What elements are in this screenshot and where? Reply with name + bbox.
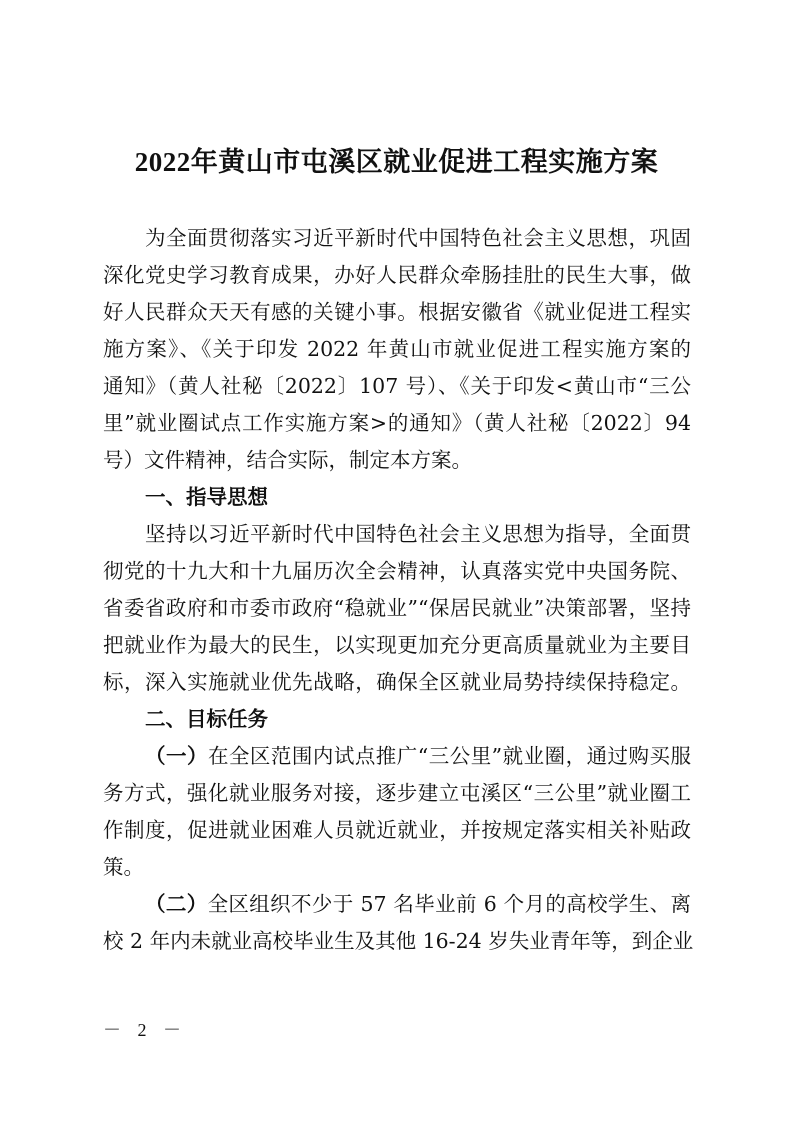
paragraph-line: 策。: [103, 849, 691, 886]
paragraph-line: 校 2 年内未就业高校毕业生及其他 16-24 岁失业青年等，到企业: [103, 923, 691, 960]
paragraph-line: 省委省政府和市委市政府“稳就业”“保居民就业”决策部署，坚持: [103, 590, 691, 627]
section-heading-guiding-ideology: 一、指导思想: [103, 479, 691, 516]
paragraph-line: 号）文件精神，结合实际，制定本方案。: [103, 442, 691, 479]
paragraph-line: 彻党的十九大和十九届历次全会精神，认真落实党中央国务院、: [103, 553, 691, 590]
paragraph-line: （二）全区组织不少于 57 名毕业前 6 个月的高校学生、离: [103, 886, 691, 923]
paragraph-line: 施方案》、《关于印发 2022 年黄山市就业促进工程实施方案的: [103, 331, 691, 368]
item-label: （一）: [145, 744, 208, 768]
paragraph-line: 深化党史学习教育成果，办好人民群众牵肠挂肚的民生大事，做: [103, 257, 691, 294]
paragraph-line: 把就业作为最大的民生，以实现更加充分更高质量就业为主要目: [103, 627, 691, 664]
paragraph-line: 标，深入实施就业优先战略，确保全区就业局势持续保持稳定。: [103, 664, 691, 701]
paragraph-line: 作制度，促进就业困难人员就近就业，并按规定落实相关补贴政: [103, 812, 691, 849]
paragraph-line: 好人民群众天天有感的关键小事。根据安徽省《就业促进工程实: [103, 294, 691, 331]
page-title: 2022年黄山市屯溪区就业促进工程实施方案: [0, 140, 793, 179]
paragraph-line: 坚持以习近平新时代中国特色社会主义思想为指导，全面贯: [103, 516, 691, 553]
paragraph-line: 通知》（黄人社秘〔2022〕107 号）、《关于印发<黄山市“三公: [103, 368, 691, 405]
document-body: 为全面贯彻落实习近平新时代中国特色社会主义思想，巩固 深化党史学习教育成果，办好…: [103, 220, 691, 960]
paragraph-line: 里”就业圈试点工作实施方案>的通知》（黄人社秘〔2022〕94: [103, 405, 691, 442]
paragraph-line: （一）在全区范围内试点推广“三公里”就业圈，通过购买服: [103, 738, 691, 775]
paragraph-line: 务方式，强化就业服务对接，逐步建立屯溪区“三公里”就业圈工: [103, 775, 691, 812]
item-text: 在全区范围内试点推广“三公里”就业圈，通过购买服: [208, 744, 691, 768]
page-number: － 2 －: [103, 1016, 187, 1042]
item-label: （二）: [145, 892, 208, 916]
paragraph-line: 为全面贯彻落实习近平新时代中国特色社会主义思想，巩固: [103, 220, 691, 257]
section-heading-targets: 二、目标任务: [103, 701, 691, 738]
item-text: 全区组织不少于 57 名毕业前 6 个月的高校学生、离: [208, 892, 691, 916]
